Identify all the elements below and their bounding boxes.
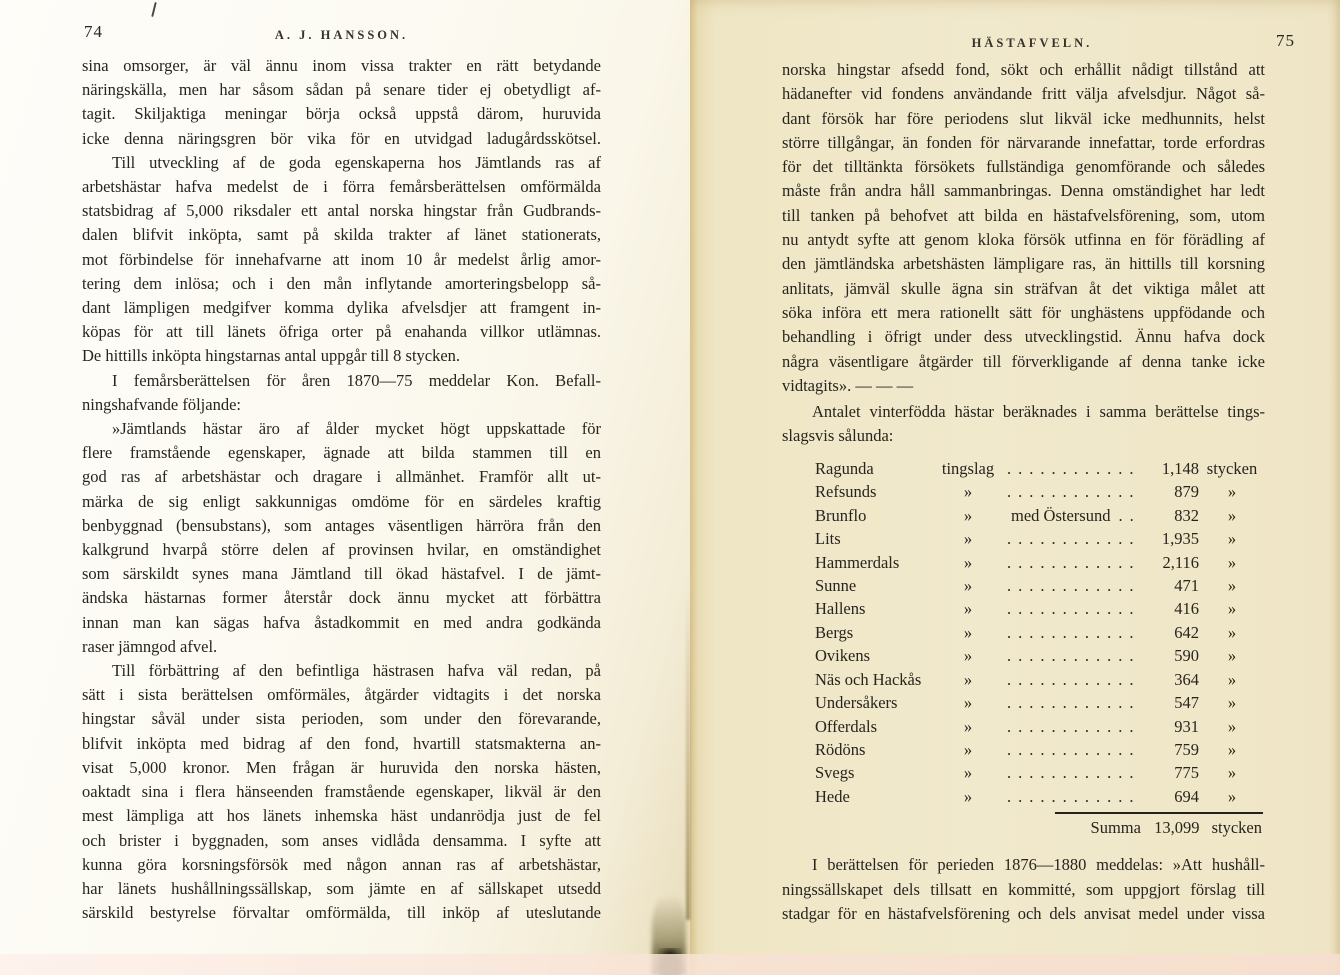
text-line: nu antydt syfte att genom kloka försök u… [782,228,1265,252]
text-line: mot förbindelse för innehafvarne att ino… [82,248,601,272]
row-count-value: 759 [1141,738,1199,761]
book-scan: 74 A. J. HANSSON. HÄSTAFVELN. 75 sina om… [0,0,1340,975]
row-unit-label: » [933,644,1003,667]
row-count-value: 832 [1141,504,1199,527]
text-line: raser jämngod afvel. [82,635,601,659]
text-line: dant lämpligen medgifver komma dylika af… [82,296,601,320]
row-count-suffix: » [1199,621,1265,644]
row-count-value: 642 [1141,621,1199,644]
text-line: innan man kan sägas hafva åstadkommit en… [82,611,601,635]
paragraph: Antalet vinterfödda hästar beräknades i … [782,400,1265,449]
leader-dots: ........................................… [1003,551,1141,574]
text-line: icke denna näringsgren bör vika för en u… [82,127,601,151]
table-row: Svegs»..................................… [782,761,1265,784]
summa-value: 13,099 [1154,815,1199,840]
row-count-suffix: » [1199,597,1265,620]
left-text-column: sina omsorger, är väl ännu inom vissa tr… [82,54,601,925]
text-line: näringskälla, men har såsom sådan på sen… [82,78,601,102]
page-number-right: 75 [1276,31,1295,51]
leader-dots: ........................................… [1003,761,1141,784]
text-line: visat 5,000 kronor. Men frågan är huruvi… [82,756,601,780]
row-count-value: 590 [1141,644,1199,667]
table-row: Bergs»..................................… [782,621,1265,644]
row-district-name: Svegs [815,761,933,784]
row-count-suffix: » [1199,715,1265,738]
text-line: kalkgrund hvarpå större delen af provins… [82,538,601,562]
row-count-value: 1,148 [1141,457,1199,480]
row-count-value: 416 [1141,597,1199,620]
table-row: Lits»...................................… [782,527,1265,550]
right-text-column: norska hingstar afsedd fond, sökt och er… [782,58,1265,926]
row-unit-label: » [933,574,1003,597]
row-district-name: Hede [815,785,933,808]
paragraph: sina omsorger, är väl ännu inom vissa tr… [82,54,601,151]
text-line: hingstar såväl under sista perioden, som… [82,707,601,731]
text-line: några väsentligare åtgärder till förverk… [782,350,1265,374]
text-line: De hittills inköpta hingstarnas antal up… [82,344,601,368]
horse-count-table: Ragundatingslag.........................… [782,457,1265,809]
row-count-suffix: » [1199,738,1265,761]
text-line: särskild bestyrelse förvaltar omförmälda… [82,901,601,925]
paragraph: I berättelsen för perieden 1876—1880 med… [782,853,1265,926]
row-count-suffix: » [1199,761,1265,784]
row-count-suffix: » [1199,785,1265,808]
row-count-suffix: » [1199,551,1265,574]
right-top-paragraphs: norska hingstar afsedd fond, sökt och er… [782,58,1265,398]
text-line: som särskildt synes mana Jämtland till ö… [82,562,601,586]
text-line: Till utveckling af de goda egenskaperna … [82,151,601,175]
text-line: blifvit inköpta med bidrag af den fond, … [82,732,601,756]
text-line: anlitats, jämväl skulle ägna sin sträfva… [782,277,1265,301]
table-row: Näs och Hackås».........................… [782,668,1265,691]
row-unit-label: » [933,480,1003,503]
table-row: Refsunds»...............................… [782,480,1265,503]
row-count-value: 547 [1141,691,1199,714]
leader-dots: ........................................… [1003,621,1141,644]
text-line: märka de sig enligt sakkunnigas omdöme f… [82,490,601,514]
table-row: Ovikens»................................… [782,644,1265,667]
text-line: måste från andra håll sammanbringas. Den… [782,179,1265,203]
row-count-suffix: » [1199,480,1265,503]
paragraph: Till förbättring af den befintliga hästr… [82,659,601,925]
text-line: mest lämpliga att hos länets inhemska hä… [82,804,601,828]
text-line: tering dem inlösa; och i den mån inflyta… [82,272,601,296]
row-unit-label: » [933,527,1003,550]
row-count-suffix: » [1199,574,1265,597]
text-line: kunna göra korsningsförsök med någon ann… [82,853,601,877]
text-line: köpas för att till länets öfriga orter p… [82,320,601,344]
summa-label: Summa [1091,815,1141,840]
leader-dots: ........................................… [1003,527,1141,550]
row-count-suffix: » [1199,504,1265,527]
summa-line: Summa 13,099 stycken [782,815,1265,840]
row-count-value: 879 [1141,480,1199,503]
row-district-name: Ragunda [815,457,933,480]
row-unit-label: » [933,621,1003,644]
scan-bottom-edge [0,954,1340,975]
text-line: »Jämtlands hästar äro af ålder mycket hö… [82,417,601,441]
text-line: sina omsorger, är väl ännu inom vissa tr… [82,54,601,78]
row-unit-label: » [933,691,1003,714]
leader-dots: ........................................… [1114,504,1141,527]
text-line: söka införa ett mera rationellt sätt för… [782,301,1265,325]
row-unit-label: » [933,504,1003,527]
row-count-value: 471 [1141,574,1199,597]
summa-suffix: stycken [1212,815,1262,840]
text-line: den jämtländska arbetshästen lämpligare … [782,252,1265,276]
text-line: ningshafvande följande: [82,393,601,417]
text-line: har länets hushållningssällskap, som jäm… [82,877,601,901]
row-unit-label: » [933,668,1003,691]
table-row: Rödöns».................................… [782,738,1265,761]
text-line: I femårsberättelsen för åren 1870—75 med… [82,369,601,393]
row-district-name: Undersåkers [815,691,933,714]
text-line: till tanken på behofvet att bilda en häs… [782,204,1265,228]
text-line: oaktadt sina i flera hänseenden framståe… [82,780,601,804]
table-row: Hammerdals».............................… [782,551,1265,574]
paragraph: norska hingstar afsedd fond, sökt och er… [782,58,1265,398]
text-line: Antalet vinterfödda hästar beräknades i … [782,400,1265,424]
right-intro-paragraphs: Antalet vinterfödda hästar beräknades i … [782,400,1265,449]
leader-dots: ........................................… [1003,738,1141,761]
row-count-suffix: » [1199,527,1265,550]
text-line: norska hingstar afsedd fond, sökt och er… [782,58,1265,82]
leader-dots: ........................................… [1003,644,1141,667]
leader-dots: ........................................… [1003,668,1141,691]
row-count-value: 364 [1141,668,1199,691]
row-count-value: 775 [1141,761,1199,784]
table-row: Undersåkers»............................… [782,691,1265,714]
paragraph: »Jämtlands hästar äro af ålder mycket hö… [82,417,601,659]
text-line: vidtagits». — — — [782,374,1265,398]
running-header-right: HÄSTAFVELN. [782,36,1282,51]
text-line: ändska hästarnas former återstår dock än… [82,586,601,610]
row-unit-label: tingslag [933,457,1003,480]
row-count-value: 1,935 [1141,527,1199,550]
text-line: Till förbättring af den befintliga hästr… [82,659,601,683]
text-line: dant försök har före periodens slut likv… [782,107,1265,131]
row-count-value: 2,116 [1141,551,1199,574]
row-district-name: Hammerdals [815,551,933,574]
table-row: Hede»...................................… [782,785,1265,808]
text-line: stadgar för en hästafvelsförening och de… [782,902,1265,926]
row-count-suffix: » [1199,668,1265,691]
text-line: hädanefter vid fondens användande fritt … [782,82,1265,106]
row-district-name: Näs och Hackås [815,668,933,691]
row-district-name: Brunflo [815,504,933,527]
row-district-name: Rödöns [815,738,933,761]
text-line: större tillgångar, än fonden för närvara… [782,131,1265,155]
text-line: och brister i byggnaden, som anses vidlå… [82,829,601,853]
text-line: slagsvis sålunda: [782,424,1265,448]
gutter-crease [686,590,690,920]
text-line: behandling i öfrigt under dess utvecklin… [782,325,1265,349]
text-line: för det tilltänkta försökets fullständig… [782,155,1265,179]
row-district-name: Bergs [815,621,933,644]
table-row: Sunne»..................................… [782,574,1265,597]
row-count-suffix: » [1199,691,1265,714]
text-line: ningssällskapet dels tillsatt en kommitt… [782,878,1265,902]
text-line: dalen blifvit inköpta, samt på skilda tr… [82,223,601,247]
row-unit-label: » [933,597,1003,620]
leader-dots: ........................................… [1003,715,1141,738]
row-unit-label: » [933,785,1003,808]
row-count-value: 694 [1141,785,1199,808]
row-count-value: 931 [1141,715,1199,738]
row-unit-label: » [933,761,1003,784]
text-line: tagit. Skiljaktiga meningar börja också … [82,102,601,126]
row-unit-label: » [933,738,1003,761]
row-count-suffix: » [1199,644,1265,667]
row-count-suffix: stycken [1199,457,1265,480]
row-district-name: Lits [815,527,933,550]
text-line: I berättelsen för perieden 1876—1880 med… [782,853,1265,877]
row-district-name: Hallens [815,597,933,620]
paragraph: I femårsberättelsen för åren 1870—75 med… [82,369,601,417]
leader-dots: ........................................… [1003,480,1141,503]
text-line: arbetshästar hafva medelst de i förra fe… [82,175,601,199]
running-header-left: A. J. HANSSON. [82,28,601,43]
row-district-name: Offerdals [815,715,933,738]
text-line: flere framstående egenskaper, ägnade att… [82,441,601,465]
leader-dots: ........................................… [1003,457,1141,480]
leader-dots: ........................................… [1003,597,1141,620]
row-district-name: Sunne [815,574,933,597]
leader-dots: ........................................… [1003,574,1141,597]
paragraph: Till utveckling af de goda egenskaperna … [82,151,601,369]
right-bottom-paragraphs: I berättelsen för perieden 1876—1880 med… [782,853,1265,926]
row-unit-label: » [933,551,1003,574]
row-district-name: Ovikens [815,644,933,667]
leader-dots: ........................................… [1003,785,1141,808]
table-row: Hallens»................................… [782,597,1265,620]
row-unit-label: » [933,715,1003,738]
text-line: benbyggnad (bensubstans), som antages vä… [82,514,601,538]
table-row: Brunflo»med Östersund...................… [782,504,1265,527]
summa-rule [1055,812,1263,814]
table-row: Offerdals»..............................… [782,715,1265,738]
text-line: god ras af arbetshästar och dragare i al… [82,465,601,489]
table-row: Ragundatingslag.........................… [782,457,1265,480]
text-line: sätt i sista berättelsen omförmäles, åtg… [82,683,601,707]
leader-dots: ........................................… [1003,691,1141,714]
row-note: med Östersund [1003,504,1114,527]
row-district-name: Refsunds [815,480,933,503]
text-line: statsbidrag af 5,000 riksdaler ett antal… [82,199,601,223]
